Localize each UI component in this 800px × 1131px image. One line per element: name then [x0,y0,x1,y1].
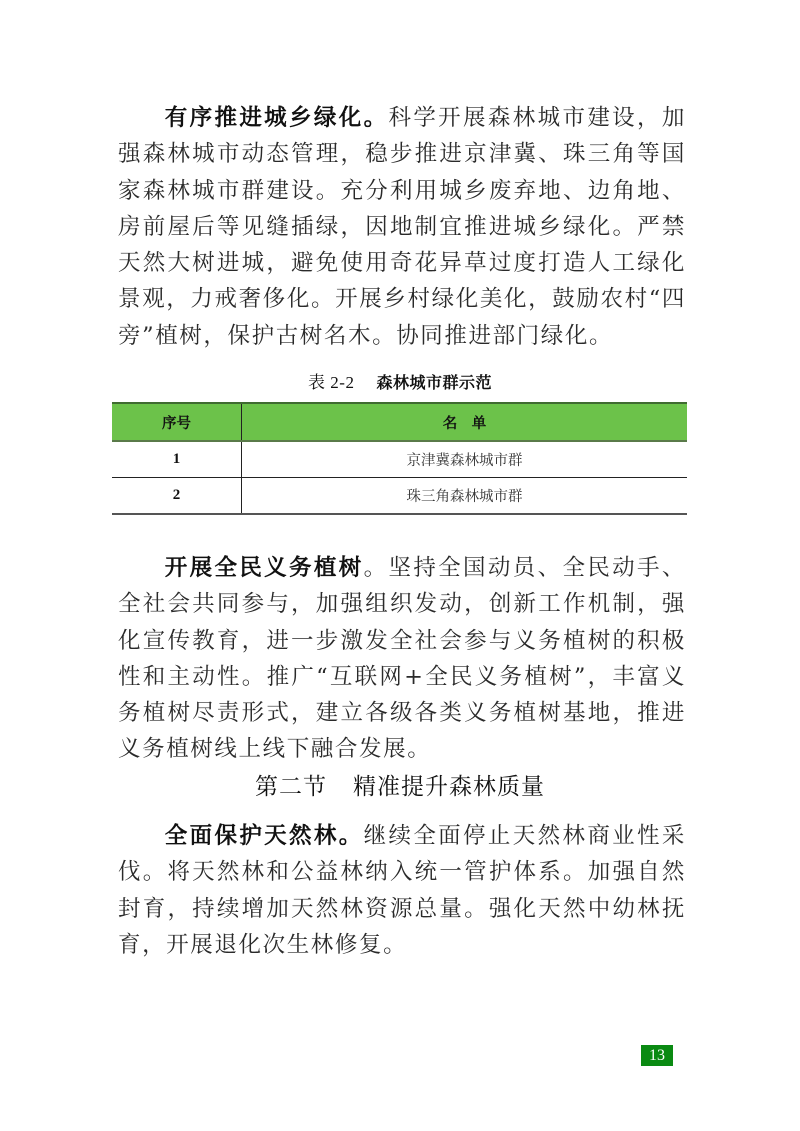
paragraph-body: 科学开展森林城市建设，加强森林城市动态管理，稳步推进京津冀、珠三角等国家森林城市… [118,105,686,349]
table-row: 1 京津冀森林城市群 [112,441,687,478]
cell-index: 2 [112,478,242,515]
section-heading: 第二节精准提升森林质量 [0,768,800,801]
table-caption-title: 森林城市群示范 [376,373,492,392]
paragraph-body: 。坚持全国动员、全民动手、全社会共同参与，加强组织发动，创新工作机制，强化宣传教… [118,555,686,762]
paragraph-lead: 有序推进城乡绿化。 [164,105,388,131]
cell-name: 珠三角森林城市群 [242,478,688,515]
forest-city-cluster-table: 序号 名 单 1 京津冀森林城市群 2 珠三角森林城市群 [112,402,687,515]
table-caption: 表 2-2森林城市群示范 [0,368,800,393]
paragraph-natural-forest-protection: 全面保护天然林。继续全面停止天然林商业性采伐。将天然林和公益林纳入统一管护体系。… [118,818,686,963]
paragraph-lead: 开展全民义务植树 [164,555,364,581]
column-header-index: 序号 [112,403,242,441]
cell-name: 京津冀森林城市群 [242,441,688,478]
paragraph-lead: 全面保护天然林。 [164,823,364,849]
table-header-row: 序号 名 单 [112,403,687,441]
section-number: 第二节 [255,774,327,800]
page-number-badge: 13 [641,1045,673,1066]
table-row: 2 珠三角森林城市群 [112,478,687,515]
table-caption-number: 表 2-2 [308,373,354,392]
cell-index: 1 [112,441,242,478]
document-page: 有序推进城乡绿化。科学开展森林城市建设，加强森林城市动态管理，稳步推进京津冀、珠… [0,0,800,1131]
column-header-name: 名 单 [242,403,688,441]
section-title: 精准提升森林质量 [353,774,545,800]
paragraph-voluntary-tree-planting: 开展全民义务植树。坚持全国动员、全民动手、全社会共同参与，加强组织发动，创新工作… [118,550,686,768]
paragraph-urban-rural-greening: 有序推进城乡绿化。科学开展森林城市建设，加强森林城市动态管理，稳步推进京津冀、珠… [118,100,686,354]
